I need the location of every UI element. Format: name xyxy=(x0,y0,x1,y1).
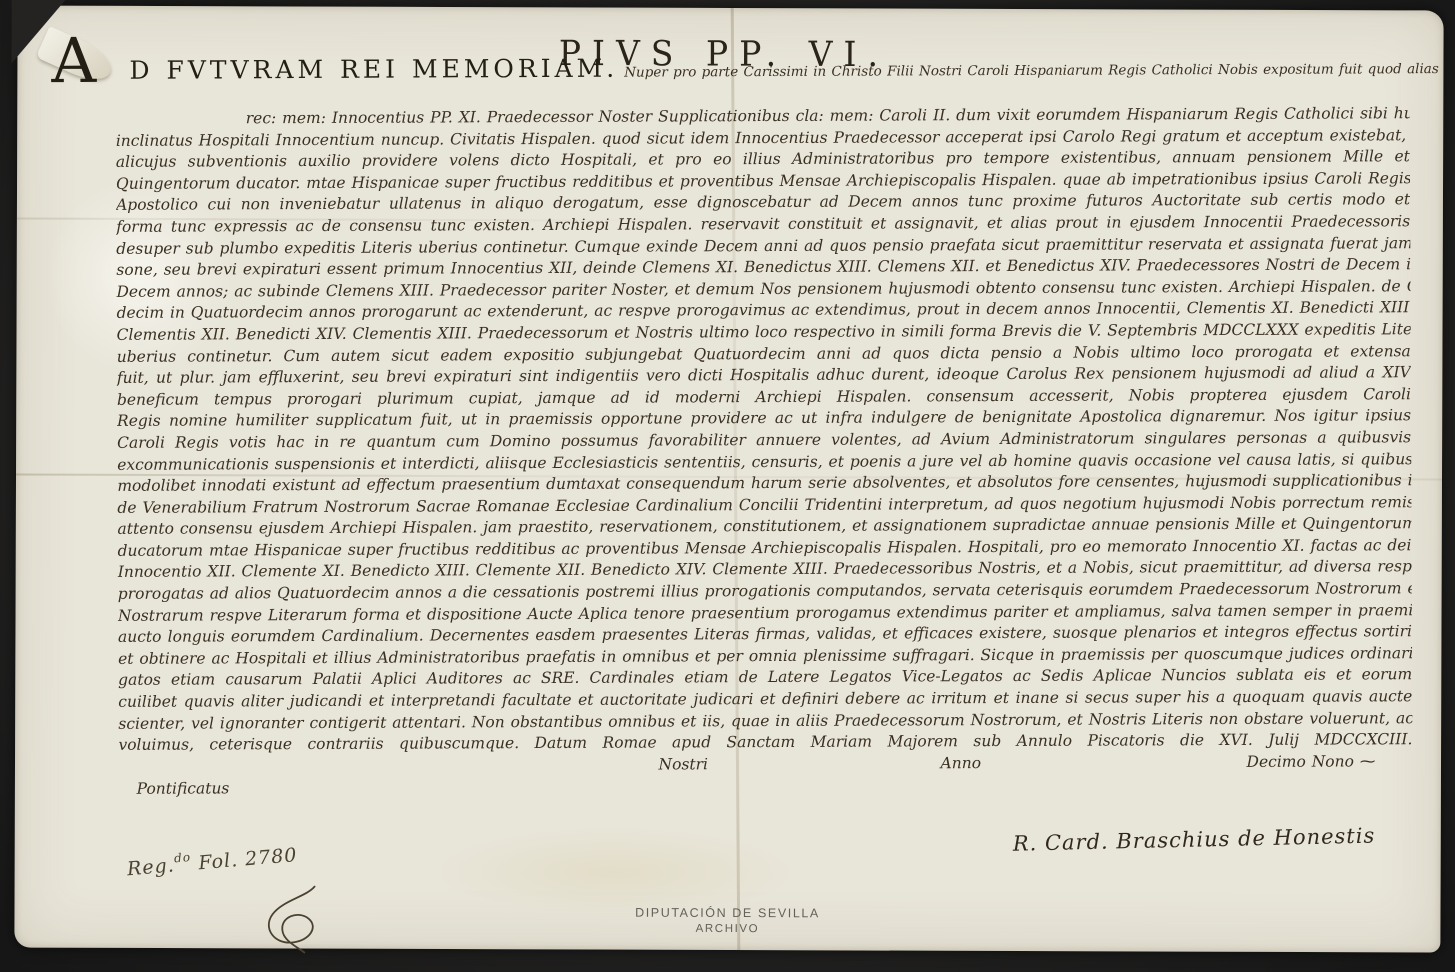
opening-text: Nuper pro parte Carissimi in Christo Fil… xyxy=(624,61,1439,81)
registration-folio: Fol. 2780 xyxy=(198,844,299,874)
registration-flourish xyxy=(252,882,338,956)
parchment-sheet: PIVS PP. VI. AD FVTVRAM REI MEMORIAM.Nup… xyxy=(14,6,1443,953)
photo-background: PIVS PP. VI. AD FVTVRAM REI MEMORIAM.Nup… xyxy=(0,0,1455,972)
watermark-line2: ARCHIVO xyxy=(635,922,820,938)
heading-initial: A xyxy=(51,50,96,72)
closing-word-nostri: Nostri xyxy=(658,754,708,776)
closing-word-year: Decimo Nono ⁓ xyxy=(1246,751,1375,773)
heading-caps: D FVTVRAM REI MEMORIAM. xyxy=(129,54,618,85)
watermark-line1: DIPUTACIÓN DE SEVILLA xyxy=(635,906,820,922)
cardinal-signature: R. Card. Braschius de Honestis xyxy=(1012,824,1375,856)
closing-word-pontificatus: Pontificatus xyxy=(137,778,230,800)
parchment-stain xyxy=(434,827,794,918)
closing-row: Nostri Anno Decimo Nono ⁓ Pontificatus xyxy=(118,751,1412,779)
registration-superscript: do xyxy=(174,850,192,865)
archive-watermark: DIPUTACIÓN DE SEVILLA ARCHIVO xyxy=(635,906,820,938)
heading-row: AD FVTVRAM REI MEMORIAM.Nuper pro parte … xyxy=(115,54,1409,108)
closing-word-anno: Anno xyxy=(940,753,981,775)
manuscript-text-block: AD FVTVRAM REI MEMORIAM.Nuper pro parte … xyxy=(115,54,1412,778)
registration-prefix: Reg. xyxy=(126,854,175,880)
registration-note: Reg.do Fol. 2780 xyxy=(126,841,298,880)
